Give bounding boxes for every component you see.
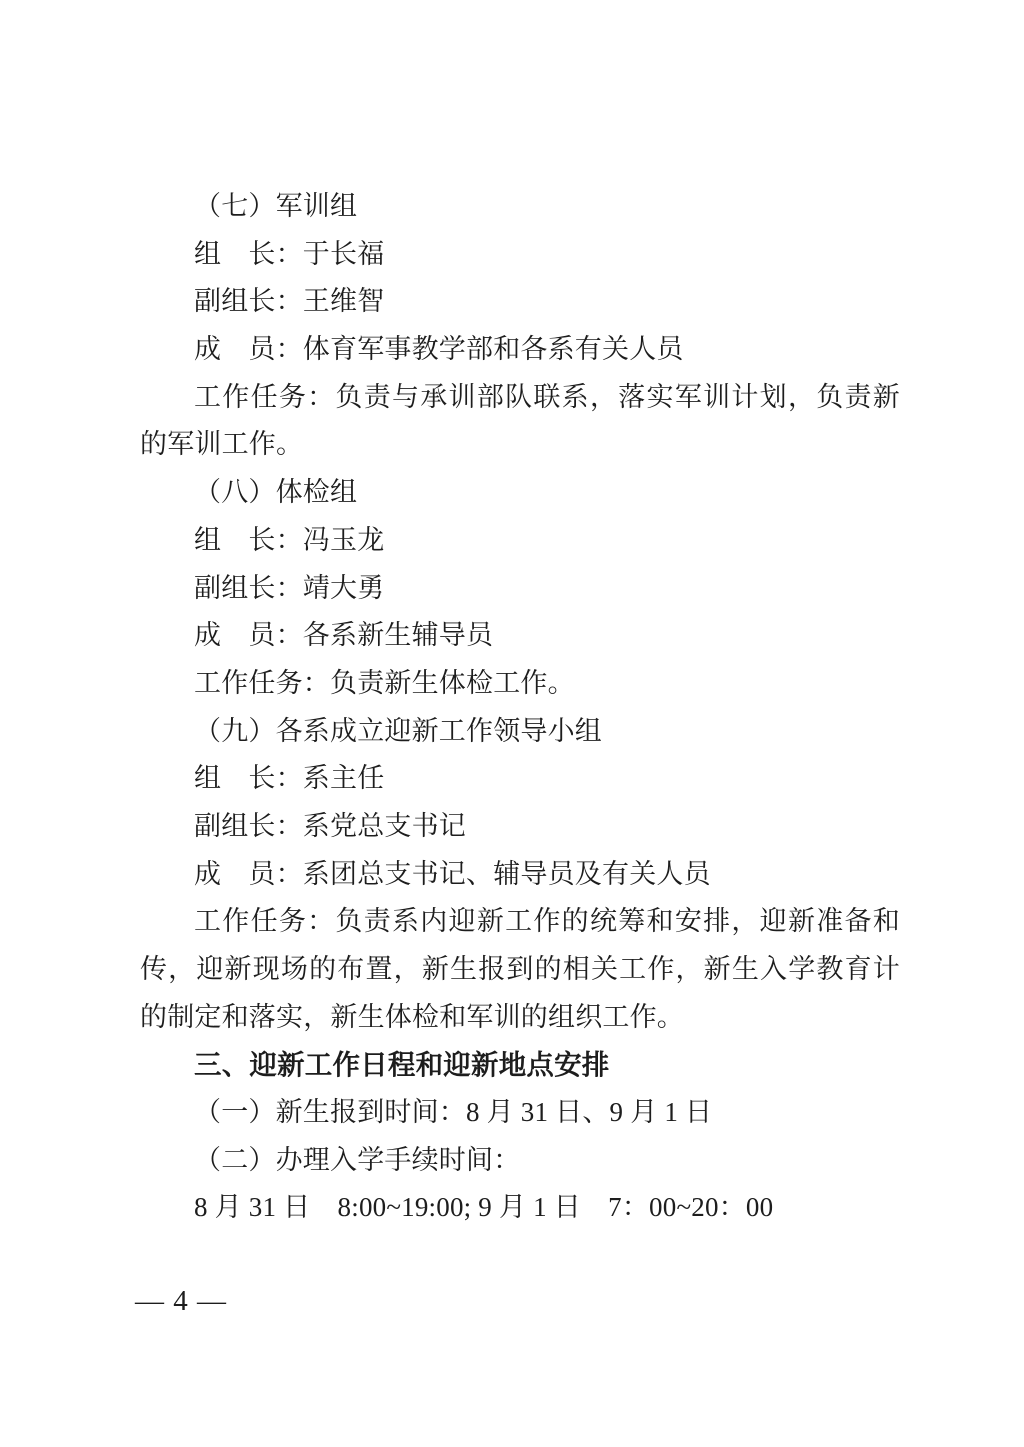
section9-deputy: 副组长：系党总支书记 xyxy=(140,803,900,851)
section9-tasks-line2: 传，迎新现场的布置，新生报到的相关工作，新生入学教育计划 xyxy=(140,946,900,994)
chapter3-heading: 三、迎新工作日程和迎新地点安排 xyxy=(140,1041,900,1089)
page-number: — 4 — xyxy=(135,1283,227,1319)
section9-tasks-line3: 的制定和落实，新生体检和军训的组织工作。 xyxy=(140,994,900,1042)
section7-tasks-line1: 工作任务：负责与承训部队联系，落实军训计划，负责新生 xyxy=(140,374,900,422)
item2-schedule: 8 月 31 日 8:00~19:00; 9 月 1 日 7：00~20：00 xyxy=(140,1184,900,1232)
document-page: （七）军训组 组 长：于长福 副组长：王维智 成 员：体育军事教学部和各系有关人… xyxy=(0,0,1024,1447)
section8-members: 成 员：各系新生辅导员 xyxy=(140,612,900,660)
section7-tasks-line2: 的军训工作。 xyxy=(140,421,900,469)
section9-title: （九）各系成立迎新工作领导小组 xyxy=(140,708,900,756)
section7-deputy: 副组长：王维智 xyxy=(140,278,900,326)
section8-leader: 组 长：冯玉龙 xyxy=(140,517,900,565)
section7-members: 成 员：体育军事教学部和各系有关人员 xyxy=(140,326,900,374)
document-body: （七）军训组 组 长：于长福 副组长：王维智 成 员：体育军事教学部和各系有关人… xyxy=(140,183,900,1232)
section7-title: （七）军训组 xyxy=(140,183,900,231)
item1-report-time: （一）新生报到时间：8 月 31 日、9 月 1 日 xyxy=(140,1089,900,1137)
section8-deputy: 副组长：靖大勇 xyxy=(140,565,900,613)
section9-members: 成 员：系团总支书记、辅导员及有关人员 xyxy=(140,851,900,899)
section8-title: （八）体检组 xyxy=(140,469,900,517)
section9-tasks-line1: 工作任务：负责系内迎新工作的统筹和安排，迎新准备和宣 xyxy=(140,898,900,946)
item2-procedure-time: （二）办理入学手续时间： xyxy=(140,1137,900,1185)
section9-leader: 组 长：系主任 xyxy=(140,755,900,803)
section8-tasks: 工作任务：负责新生体检工作。 xyxy=(140,660,900,708)
section7-leader: 组 长：于长福 xyxy=(140,231,900,279)
